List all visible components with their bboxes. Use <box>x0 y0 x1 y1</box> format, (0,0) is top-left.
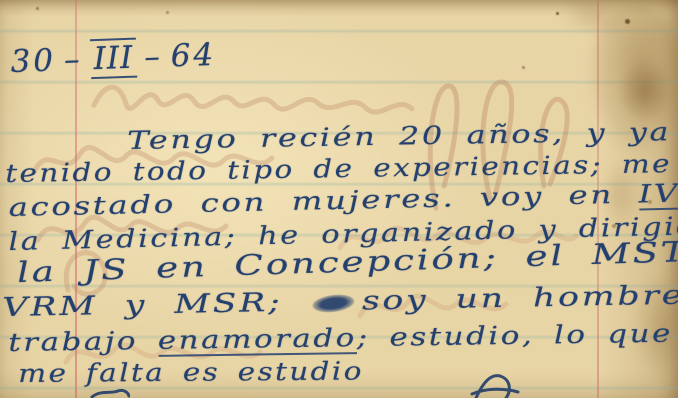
diary-entry: 30–III–64 Tengo recién 20 años, y ya he … <box>0 0 678 398</box>
line-text: ; estudio, lo que <box>356 319 673 352</box>
notebook-page: 30–III–64 Tengo recién 20 años, y ya he … <box>0 0 678 398</box>
date-separator: – <box>144 39 164 76</box>
handwritten-line-7: trabajo enamorado; estudio, lo que <box>8 319 673 357</box>
handwritten-line-6: VRM y MSR; soy un hombre; <box>2 280 678 323</box>
date-separator: – <box>63 41 83 78</box>
line-text: VRM y MSR; <box>2 287 310 323</box>
handwritten-line-8: me falta es estudio <box>18 356 364 388</box>
line-text: me falta es estudio <box>18 356 364 388</box>
handwritten-line-1: Tengo recién 20 años, y ya he <box>127 116 678 155</box>
date-month-roman: III <box>90 38 137 80</box>
line-text: soy un hombre; <box>361 280 678 316</box>
date-day: 30 <box>10 42 57 80</box>
crossed-out-word <box>310 292 357 315</box>
line-text: Tengo recién 20 años, y ya he <box>127 116 678 155</box>
underlined-text: enamorado <box>157 323 357 357</box>
line-text: trabajo <box>8 326 158 357</box>
underlined-text: IV <box>638 179 678 211</box>
date-year: 64 <box>170 37 217 75</box>
date-heading: 30–III–64 <box>10 37 217 80</box>
